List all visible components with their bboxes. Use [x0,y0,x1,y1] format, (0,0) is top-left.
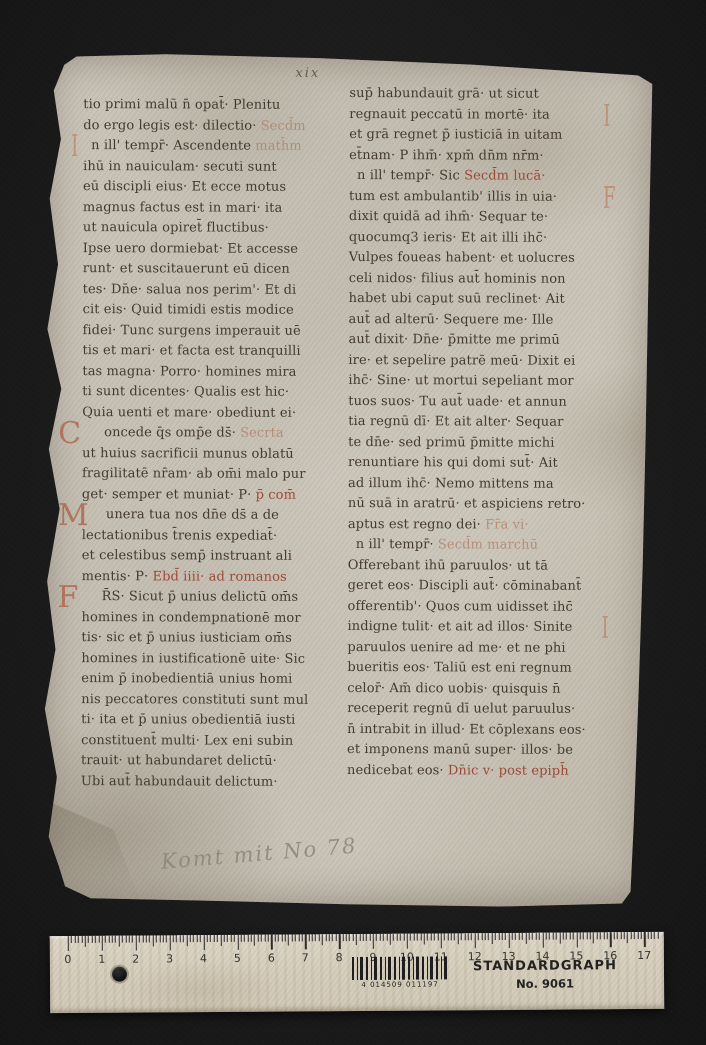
ruler-tick [363,934,364,941]
ruler-cm-number: 4 [200,952,207,965]
ruler-tick [68,936,69,951]
ruler-tick [156,935,157,942]
ruler-tick [610,932,611,947]
manuscript-text-line: receperit regnū dī uelut paruulus· [347,699,615,720]
latin-text: fidei· Tunc surgens imperauit uē [82,323,300,339]
ruler-tick [325,934,326,941]
ruler-tick [451,933,452,940]
ruler-tick [336,934,337,941]
ruler-tick [485,933,486,940]
ruler-cm-number: 2 [132,953,139,966]
ruler-tick [380,934,381,941]
ruler-tick [186,935,187,946]
latin-text: ut huius sacrificii munus oblatū [82,446,294,462]
ruler-tick [505,933,506,940]
manuscript-text-line: runt· et suscitauerunt eū dicen [83,259,347,280]
latin-text: Offerebant ihū paruulos· ut tā [348,557,548,573]
manuscript-text-line: regnauit peccatū in mortē· ita [349,105,617,126]
ruler-tick [173,935,174,942]
rubric-text: Ebd̄ iiii· ad romanos [148,569,287,584]
barcode-digits: 4 014509 011197 [350,980,450,989]
latin-text: Ubi aut̄ habundauit delictum· [81,774,278,790]
ruler-tick [427,934,428,941]
manuscript-text-line: nis peccatores constituti sunt mul [81,690,345,711]
ruler-tick [532,933,533,940]
ruler-tick [478,933,479,940]
ruler-tick [424,934,425,945]
manuscript-text-line: celor̄· Am̄ dico uobis· quisquis n̄ [347,678,615,699]
latin-text: ti sunt dicentes· Qualis est hic· [82,384,289,400]
ruler-tick [247,935,248,942]
manuscript-text-line: homines in condempnationē mor [81,608,345,629]
ruler-tick [356,934,357,945]
ruler-tick [529,933,530,940]
ruler-tick [366,934,367,941]
rubric-text: math̄m [251,139,302,154]
ruler-cm-number: 17 [637,949,651,962]
ruler-tick [539,933,540,940]
latin-text: tis· sic et p̄ unius iusticiam om̄s [81,630,292,646]
manuscript-text-line: sup̄ habundauit grā· ut sicut [349,84,617,105]
latin-text: n ill' tempr̄· Ascendente [91,138,251,154]
ruler-tick [319,934,320,941]
manuscript-text-line: habet ubi caput suū reclinet· Ait [349,289,617,310]
ruler-tick [597,932,598,939]
latin-text: receperit regnū dī uelut paruulus· [347,701,575,717]
ruler-tick [634,932,635,939]
latin-text: Ipse uero dormiebat· Et accesse [83,241,298,257]
ruler-tick [603,932,604,939]
ruler-tick [468,933,469,940]
ruler-tick [569,933,570,940]
latin-text: et grā regnet p̄ iusticiā in uitam [349,127,562,143]
ruler-barcode: 4 014509 011197 [350,956,450,989]
ruler-tick [403,934,404,941]
ruler-tick [142,935,143,942]
latin-text: habet ubi caput suū reclinet· Ait [349,291,565,307]
ruler-tick [227,935,228,942]
manuscript-text-line: et imponens manū super· illos· be [347,740,615,761]
ruler-tick [217,935,218,942]
latin-text: tio primi malū n̄ opat̄· Plenitu [83,97,280,113]
ruler-tick [522,933,523,940]
latin-text: sup̄ habundauit grā· ut sicut [349,86,538,102]
latin-text: mentis· P· [82,569,149,584]
latin-text: tis et mari· et facta est tranquilli [82,343,300,359]
ruler-tick [546,933,547,940]
ruler-brand-name: STANDARDGRAPH [460,958,630,974]
ruler-brand: STANDARDGRAPH No. 9061 [460,958,630,991]
ruler-tick [519,933,520,940]
ruler-tick [549,933,550,940]
manuscript-text-line: tuos suos· Tu aut̄ uade· et annun [348,392,616,413]
latin-text: runt· et suscitauerunt eū dicen [83,261,290,277]
rubric-text: Secrta [236,426,284,441]
latin-text: tuos suos· Tu aut̄ uade· et annun [348,394,567,410]
latin-text: R̄S· Sicut p̄ unius delictū om̄s [102,589,299,605]
ruler-tick [122,936,123,943]
ruler-tick [329,934,330,941]
ruler-tick [349,934,350,941]
text-column-left: tio primi malū n̄ opat̄· Plenitudo ergo … [81,95,347,793]
ruler-tick [617,932,618,939]
rubric-text: p̄ com̄ [251,487,296,502]
ruler-tick [291,934,292,941]
ruler-tick [420,934,421,941]
manuscript-text-line: bueritis eos· Taliū est eni regnum [347,658,615,679]
leaf-fold-stain [41,775,181,905]
ruler-tick [288,934,289,945]
ruler-tick [376,934,377,941]
ruler-tick [332,934,333,941]
manuscript-text-line: tes· Dn̄e· salua nos perim'· Et di [83,280,347,301]
ruler-tick [200,935,201,942]
ruler-tick [637,932,638,939]
ruler-tick [180,935,181,942]
latin-text: trauit· ut habundaret delictū· [81,753,277,769]
ruler-tick [281,935,282,942]
ruler-tick [342,934,343,941]
manuscript-text-line: Vulpes foueas habent· et uolucres [349,248,617,269]
ruler-tick [495,933,496,940]
latin-text: nis peccatores constituti sunt mul [81,692,308,708]
ruler-tick [559,933,560,944]
ruler-tick [410,934,411,941]
ruler-model-number: No. 9061 [460,976,630,991]
manuscript-text-line: renuntiare his qui domi sut̄· Ait [348,453,616,474]
ruler-tick [620,932,621,939]
ruler-tick [481,933,482,940]
ruler-tick [359,934,360,941]
latin-text: dixit quidā ad ihm̄· Sequar te· [349,209,548,225]
manuscript-text-line: get· semper et muniat· P· p̄ com̄ [82,485,346,506]
ruler-tick [590,932,591,939]
manuscript-text-line: tia regnū dī· Et ait alter· Sequar [348,412,616,433]
latin-text: enim p̄ inobedientiā unius homi [81,671,292,687]
ruler-tick [525,933,526,944]
ruler-tick [576,932,577,947]
manuscript-text-line: mentis· P· Ebd̄ iiii· ad romanos [82,567,346,588]
ruler-cm-number: 0 [64,953,71,966]
latin-text: fragilitatē nr̄am· ab om̄i malo pur [82,466,306,482]
ruler-tick [573,932,574,939]
manuscript-text-line: et celestibus semp̄ instruant ali [82,546,346,567]
ruler-tick [441,933,442,948]
manuscript-text-line: n ill' tempr̄· Sic Secd̄m lucā· [349,166,617,187]
ruler-tick [125,936,126,943]
manuscript-text-line: celi nidos· filius aut̄ hominis non [349,269,617,290]
ruler-tick [115,936,116,943]
ruler-tick [146,935,147,942]
manuscript-text-line: fragilitatē nr̄am· ab om̄i malo pur [82,464,346,485]
latin-text: Quia uenti et mare· obediunt ei· [82,405,296,421]
ruler-tick [112,936,113,943]
manuscript-text-line: nū suā in aratrū· et aspiciens retro· [348,494,616,515]
manuscript-text-line: ire· et sepelire patrē meū· Dixit ei [348,351,616,372]
manuscript-leaf: xix tio primi malū n̄ opat̄· Plenitudo e… [41,53,656,907]
manuscript-text-line: trauit· ut habundaret delictū· [81,751,345,772]
latin-text: ad illum ihc̄· Nemo mittens ma [348,476,554,492]
ruler-tick [651,932,652,939]
ruler-tick [627,932,628,943]
latin-text: celor̄· Am̄ dico uobis· quisquis n̄ [347,680,560,696]
rubric-text: Secd̄m lucā· [460,168,546,183]
ruler-tick [556,933,557,940]
latin-text: tum est ambulantib' illis in uia· [349,189,557,205]
manuscript-text-line: R̄S· Sicut p̄ unius delictū om̄s [82,587,346,608]
manuscript-text-line: aut̄ ad alterū· Sequere me· Ille [349,310,617,331]
ruler-tick [407,934,408,949]
ruler-tick [169,935,170,950]
ruler-tick [390,934,391,945]
ruler-tick [644,932,645,947]
ruler-tick [254,935,255,946]
manuscript-text-line: Quia uenti et mare· obediunt ei· [82,403,346,424]
ruler-tick [203,935,204,950]
latin-text: indigne tulit· et ait ad illos· Sinite [347,619,572,635]
manuscript-text-line: Offerebant ihū paruulos· ut tā [348,555,616,576]
ruler-tick [176,935,177,942]
ruler-tick [268,935,269,942]
latin-text: tes· Dn̄e· salua nos perim'· Et di [83,282,297,298]
ruler-tick [75,936,76,943]
ruler-tick [386,934,387,941]
latin-text: aut̄ dixit· Dn̄e· p̄mitte me primū [348,332,559,348]
ruler-tick [461,933,462,940]
ruler-tick [132,936,133,943]
manuscript-text-line: et̄nam· P ihm̄· xpm̄ dn̄m nr̄m· [349,146,617,167]
ruler-tick [241,935,242,942]
ruler-tick [641,932,642,939]
text-column-right: sup̄ habundauit grā· ut sicutregnauit pe… [347,84,617,782]
manuscript-text-line: enim p̄ inobedientiā unius homi [81,669,345,690]
manuscript-text-line: tas magna· Porro· homines mira [82,362,346,383]
manuscript-text-line: n̄ intrabit in illud· Et cōplexans eos· [347,719,615,740]
ruler-tick [563,933,564,940]
ruler-tick [91,936,92,943]
ruler-tick [373,934,374,949]
manuscript-text-line: offerentib'· Quos cum uidisset ihc̄ [348,596,616,617]
ruler-tick [197,935,198,942]
latin-text: ire· et sepelire patrē meū· Dixit ei [348,353,575,369]
latin-text: aptus est regno dei· [348,516,481,531]
latin-text: paruulos uenire ad me· et ne phi [347,639,565,655]
ruler-tick [397,934,398,941]
ruler-tick [298,934,299,941]
latin-text: Vulpes foueas habent· et uolucres [349,250,575,266]
latin-text: nedicebat eos· [347,762,444,777]
latin-text: offerentib'· Quos cum uidisset ihc̄ [348,598,573,614]
ruler-tick [214,935,215,942]
ruler-tick [630,932,631,939]
ruler-tick [105,936,106,943]
ruler-tick [580,932,581,939]
ruler-tick [315,934,316,941]
manuscript-text-line: ut nauicula opiret̄ fluctibus· [83,218,347,239]
latin-text: unera tua nos dn̄e ds̄ a de [106,507,279,523]
manuscript-text-line: geret eos· Discipli aut̄· cōminabant̄ [348,576,616,597]
ruler-tick [108,936,109,943]
ruler-tick [136,936,137,951]
manuscript-text-line: cit eis· Quid timidi estis modice [83,300,347,321]
barcode-bars-icon [352,956,448,980]
ruler-tick [400,934,401,941]
ruler-tick [413,934,414,941]
latin-text: n ill' tempr̄· [356,537,434,552]
ruler-tick [454,933,455,940]
ruler-tick [295,934,296,941]
manuscript-text-line: ut huius sacrificii munus oblatū [82,444,346,465]
ruler-tick [488,933,489,940]
latin-text: nū suā in aratrū· et aspiciens retro· [348,496,586,512]
manuscript-text-line: ihū in nauiculam· secuti sunt [83,157,347,178]
ruler-tick [444,933,445,940]
manuscript-text-line: n ill' tempr̄· Secd̄m marchū [348,535,616,556]
ruler-cm-number: 3 [166,952,173,965]
latin-text: tia regnū dī· Et ait alter· Sequar [348,414,563,430]
ruler-tick [95,936,96,943]
ruler-cm-number: 6 [268,952,275,965]
manuscript-text-line: aptus est regno dei· Fr̄a vi· [348,514,616,535]
latin-text: geret eos· Discipli aut̄· cōminabant̄ [348,578,582,594]
manuscript-text-line: homines in iustificationē uite· Sic [81,649,345,670]
ruler-tick [305,934,306,949]
ruler-tick [471,933,472,940]
latin-text: n̄ intrabit in illud· Et cōplexans eos· [347,721,586,737]
latin-text: get· semper et muniat· P· [82,487,252,503]
manuscript-text-line: lectationibus t̄renis expediat̄· [82,526,346,547]
pencil-inscription: Komt mit No 78 [160,833,358,873]
ruler-tick [237,935,238,950]
ruler-tick [234,935,235,942]
ruler-tick [207,935,208,942]
latin-text: ut nauicula opiret̄ fluctibus· [83,220,269,236]
ruler-tick [183,935,184,942]
latin-text: et imponens manū super· illos· be [347,742,573,758]
manuscript-text-line: et grā regnet p̄ iusticiā in uitam [349,125,617,146]
ruler-tick [285,934,286,941]
ruler-tick [149,935,150,942]
manuscript-text-line: ad illum ihc̄· Nemo mittens ma [348,474,616,495]
latin-text: quocumq3 ieris· Et ait illi ihc̄· [349,230,547,246]
measuring-ruler: 01234567891011121314151617 4 014509 0111… [50,932,665,1013]
ruler-tick [417,934,418,941]
ruler-tick [614,932,615,939]
latin-text: bueritis eos· Taliū est eni regnum [347,660,571,676]
ruler-tick [383,934,384,941]
ruler-tick [312,934,313,941]
ruler-tick [302,934,303,941]
manuscript-text-line: paruulos uenire ad me· et ne phi [347,637,615,658]
ruler-tick [434,933,435,940]
ruler-tick [78,936,79,943]
rubric-text: Secd̄m marchū [434,537,538,552]
manuscript-text-line: Ubi aut̄ habundauit delictum· [81,772,345,793]
latin-text: celi nidos· filius aut̄ hominis non [349,271,566,287]
decorated-initial-C: C [58,419,81,449]
latin-text: te dn̄e· sed primū p̄mitte michi [348,435,554,451]
ruler-tick [88,936,89,943]
manuscript-text-line: tum est ambulantib' illis in uia· [349,187,617,208]
manuscript-text-line: eū discipli eius· Et ecce motus [83,177,347,198]
ruler-tick [491,933,492,944]
rubric-text: Secd̄m [256,118,305,133]
decorated-initial-I: I [71,132,78,162]
ruler-tick [447,933,448,940]
manuscript-text-line: aut̄ dixit· Dn̄e· p̄mitte me primū [348,330,616,351]
ruler-tick [583,932,584,939]
latin-text: ihc̄· Sine· ut mortui sepeliant mor [348,373,573,389]
ruler-tick [139,936,140,943]
ruler-tick [193,935,194,942]
manuscript-text-line: Ipse uero dormiebat· Et accesse [83,239,347,260]
ruler-tick [593,932,594,943]
ruler-tick [308,934,309,941]
ruler-tick [98,936,99,943]
latin-text: magnus factus est in mari· ita [83,200,282,216]
ruler-tick [261,935,262,942]
manuscript-text-line: n ill' tempr̄· Ascendente math̄m [83,136,347,157]
ruler-tick [210,935,211,942]
ruler-tick [152,935,153,946]
ruler-cm-number: 5 [234,952,241,965]
ruler-tick [129,936,130,943]
manuscript-text-line: do ergo legis est· dilectio· Secd̄m [83,116,347,137]
latin-text: cit eis· Quid timidi estis modice [83,302,294,318]
ruler-tick [322,934,323,945]
ruler-tick [437,933,438,940]
ruler-hole [112,967,127,982]
ruler-tick [647,932,648,939]
ruler-tick [464,933,465,940]
ruler-tick [458,933,459,944]
latin-text: aut̄ ad alterū· Sequere me· Ille [349,312,554,328]
latin-text: constituent̄ multi· Lex eni subin [81,733,293,749]
latin-text: do ergo legis est· dilectio· [83,118,256,134]
decorated-initial-F: F [58,583,79,613]
latin-text: lectationibus t̄renis expediat̄· [82,528,277,544]
manuscript-text-line: ihc̄· Sine· ut mortui sepeliant mor [348,371,616,392]
latin-text: homines in iustificationē uite· Sic [81,651,305,667]
rubric-text: Dn̄ic v· post epiph̄ [444,763,569,778]
ruler-tick [190,935,191,942]
ruler-tick [224,935,225,942]
manuscript-text-line: fidei· Tunc surgens imperauit uē [82,321,346,342]
ruler-tick [600,932,601,939]
ruler-tick [278,935,279,942]
latin-text: oncede q̄s omp̄e ds̄· [104,425,236,440]
ruler-tick [586,932,587,939]
ruler-tick [163,935,164,942]
manuscript-text-line: unera tua nos dn̄e ds̄ a de [82,505,346,526]
latin-text: renuntiare his qui domi sut̄· Ait [348,455,558,471]
latin-text: n ill' tempr̄· Sic [357,168,460,183]
manuscript-text-line: tis· sic et p̄ unius iusticiam om̄s [81,628,345,649]
manuscript-text-line: constituent̄ multi· Lex eni subin [81,731,345,752]
latin-text: eū discipli eius· Et ecce motus [83,179,286,195]
ruler-tick [552,933,553,940]
ruler-cm-number: 7 [302,951,309,964]
ruler-tick [119,936,120,947]
manuscript-text-line: quocumq3 ieris· Et ait illi ihc̄· [349,228,617,249]
manuscript-text-line: indigne tulit· et ait ad illos· Sinite [347,617,615,638]
ruler-tick [352,934,353,941]
latin-text: homines in condempnationē mor [81,610,300,626]
latin-text: ti· ita et p̄ unius obedientiā iusti [81,712,295,728]
folio-number: xix [295,66,320,81]
ruler-tick [624,932,625,939]
manuscript-text-line: dixit quidā ad ihm̄· Sequar te· [349,207,617,228]
